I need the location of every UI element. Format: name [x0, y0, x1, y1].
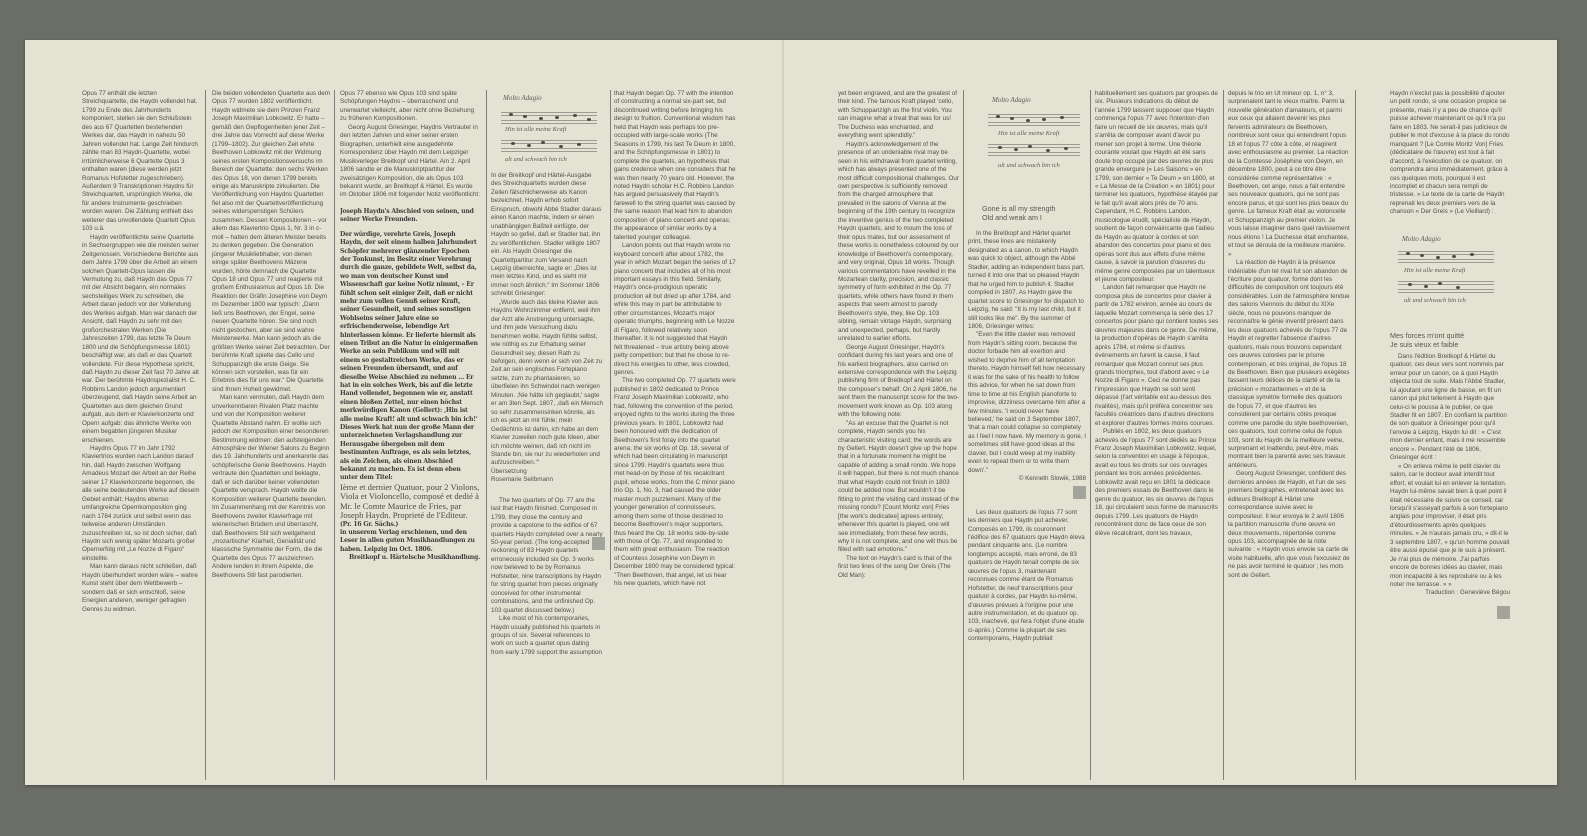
- poem-translation: Gone is all my strength Old and weak am …: [982, 204, 1086, 222]
- center-fold: [782, 40, 784, 785]
- music-score: Molto Adagio Hin ist alle meine Kraft al…: [1390, 231, 1502, 313]
- paragraph: Georg August Griesinger, confident des d…: [1228, 470, 1350, 580]
- paragraph: Like most of his contemporaries, Haydn u…: [491, 615, 603, 657]
- translation-credit-label: Übersetzung: [491, 468, 603, 476]
- paragraph: In der Breitkopf und Härtel-Ausgabe des …: [491, 172, 603, 299]
- paragraph: In the Breitkopf and Härtel quartet prin…: [968, 230, 1086, 331]
- staff-line: [988, 144, 1080, 156]
- score-lyric-2: alt und schwach bin ich: [505, 156, 567, 164]
- section-end-mark: [592, 537, 605, 550]
- fraktur-body: Der würdige, verehrte Greis, Joseph Hayd…: [340, 231, 480, 483]
- col7-english: Molto Adagio Hin ist alle meine Kraft al…: [968, 90, 1086, 780]
- paragraph: Haydn n'exclut pas la possibilité d'ajou…: [1390, 90, 1510, 217]
- paragraph: "As an excuse that the Quartet is not co…: [838, 420, 960, 555]
- score-lyric-1: Hin ist alle meine Kraft: [1404, 267, 1465, 275]
- score-lyric-1: Hin ist alle meine Kraft: [998, 130, 1059, 138]
- paragraph: Landon fait remarquer que Haydn ne compo…: [1095, 284, 1219, 428]
- staff-line: [988, 114, 1080, 126]
- poem-line: Je suis vieux et faible: [1390, 340, 1510, 349]
- poem-line: Gone is all my strength: [982, 204, 1086, 213]
- paragraph: "Even the little clavier was removed fro…: [968, 331, 1086, 475]
- staff-line: [1398, 251, 1494, 263]
- poem-translation: Mes forces m'ont quitté Je suis vieux et…: [1390, 331, 1510, 349]
- music-score: Molto Adagio Hin ist alle meine Kraft al…: [491, 90, 599, 172]
- paragraph: „Wurde auch das kleine Klavier aus Haydn…: [491, 299, 603, 468]
- score-lyric-1: Hin ist alle meine Kraft: [505, 126, 566, 134]
- column-rule: [486, 90, 487, 780]
- fraktur-notice: Joseph Haydn's Abschied von seinen, und …: [340, 208, 480, 483]
- paragraph: « On enleva même le petit clavier du sal…: [1390, 463, 1510, 590]
- col3-german: Opus 77 ebenso wie Opus 103 sind späte S…: [340, 90, 480, 780]
- staff-line: [501, 140, 597, 152]
- col4-german: Molto Adagio Hin ist alle meine Kraft al…: [491, 90, 603, 780]
- col9-french: depuis le trio en Ut mineur op. 1, n° 3,…: [1228, 90, 1350, 780]
- paragraph: Die beiden vollendeten Quartette aus dem…: [212, 90, 330, 394]
- poem-line: Mes forces m'ont quitté: [1390, 331, 1510, 340]
- section-end-mark: [1073, 486, 1086, 499]
- paragraph: Opus 77 ebenso wie Opus 103 sind späte S…: [340, 90, 480, 124]
- paragraph: Haydn's acknowledgement of the presence …: [838, 141, 960, 344]
- author-credit: © Kenneth Slowik, 1988: [968, 475, 1086, 483]
- section-end-mark: [1497, 606, 1510, 619]
- col1-german: Opus 77 enthält die letzten Streichquart…: [82, 90, 200, 780]
- staff-line: [501, 112, 597, 124]
- score-tempo: Molto Adagio: [1402, 235, 1441, 243]
- score-lyric-2: alt und schwach bin ich: [998, 162, 1060, 170]
- paragraph: Opus 77 enthält die letzten Streichquart…: [82, 90, 200, 234]
- score-tempo: Molto Adagio: [503, 94, 542, 102]
- paragraph: La réaction de Haydn à la présence indén…: [1228, 259, 1350, 470]
- column-rule: [610, 90, 611, 570]
- paragraph: George August Griesinger, Haydn's confid…: [838, 344, 960, 420]
- staff-line: [1398, 281, 1494, 293]
- poem-line: Old and weak am I: [982, 213, 1086, 222]
- column-rule: [1090, 90, 1091, 780]
- col10-french: Haydn n'exclut pas la possibilité d'ajou…: [1390, 90, 1510, 780]
- paragraph: depuis le trio en Ut mineur op. 1, n° 3,…: [1228, 90, 1350, 259]
- music-score: Molto Adagio Hin ist alle meine Kraft al…: [968, 90, 1080, 182]
- paragraph: The two completed Op. 77 quartets were p…: [614, 377, 736, 588]
- col5-english: that Haydn began Op. 77 with the intenti…: [614, 90, 736, 730]
- paragraph: Haydns Opus 77 im Jahr 1792 Klaviertrios…: [82, 445, 200, 563]
- paragraph: The text on Haydn's card is that of the …: [838, 555, 960, 580]
- paragraph: Man kann daraus nicht schließen, daß Hay…: [82, 563, 200, 614]
- paragraph: Landon points out that Haydn wrote no ke…: [614, 242, 736, 377]
- translator-credit: Traduction : Geneviève Bégou: [1390, 589, 1510, 597]
- column-rule: [334, 90, 335, 780]
- column-rule: [1223, 90, 1224, 780]
- column-rule: [1355, 90, 1356, 780]
- fraktur-heading: Joseph Haydn's Abschied von seinen, und …: [340, 208, 480, 225]
- paragraph: that Haydn began Op. 77 with the intenti…: [614, 90, 736, 242]
- column-rule: [963, 90, 964, 780]
- col6-english: yet been engraved, and are the greatest …: [838, 90, 960, 780]
- paragraph: Dans l'édition Breitkopf & Härtel du qua…: [1390, 353, 1510, 463]
- closing: in unserem Verlag erschienen, und den Le…: [340, 529, 480, 554]
- paragraph: habituellement ses quatuors par groupes …: [1095, 90, 1219, 284]
- paragraph: Publiés en 1802, les deux quatuors achev…: [1095, 428, 1219, 538]
- score-tempo: Molto Adagio: [992, 96, 1031, 104]
- paragraph: yet been engraved, and are the greatest …: [838, 90, 960, 141]
- score-lyric-2: alt und schwach bin ich: [1404, 297, 1466, 305]
- paragraph: Man kann vermuten, daß Haydn dem unverke…: [212, 394, 330, 580]
- french-title: Ième et dernier Quatuor, pour 2 Violons,…: [340, 483, 480, 521]
- col8-french: habituellement ses quatuors par groupes …: [1095, 90, 1219, 780]
- paragraph: Georg August Griesinger, Haydns Vertraut…: [340, 124, 480, 200]
- publisher-signature: Breitkopf u. Härtelsche Musikhandlung.: [340, 554, 480, 562]
- translation-credit-name: Rosemarie Seilbmann: [491, 476, 603, 484]
- col2-german: Die beiden vollendeten Quartette aus dem…: [212, 90, 330, 780]
- price: (Pr. 16 Gr. Sächs.): [340, 521, 480, 529]
- paragraph: The two quartets of Op. 77 are the last …: [491, 497, 603, 615]
- column-rule: [205, 90, 206, 780]
- paragraph: Haydn veröffentlichte seine Quartette in…: [82, 234, 200, 445]
- paragraph: Les deux quatuors de l'opus 77 sont les …: [968, 509, 1086, 644]
